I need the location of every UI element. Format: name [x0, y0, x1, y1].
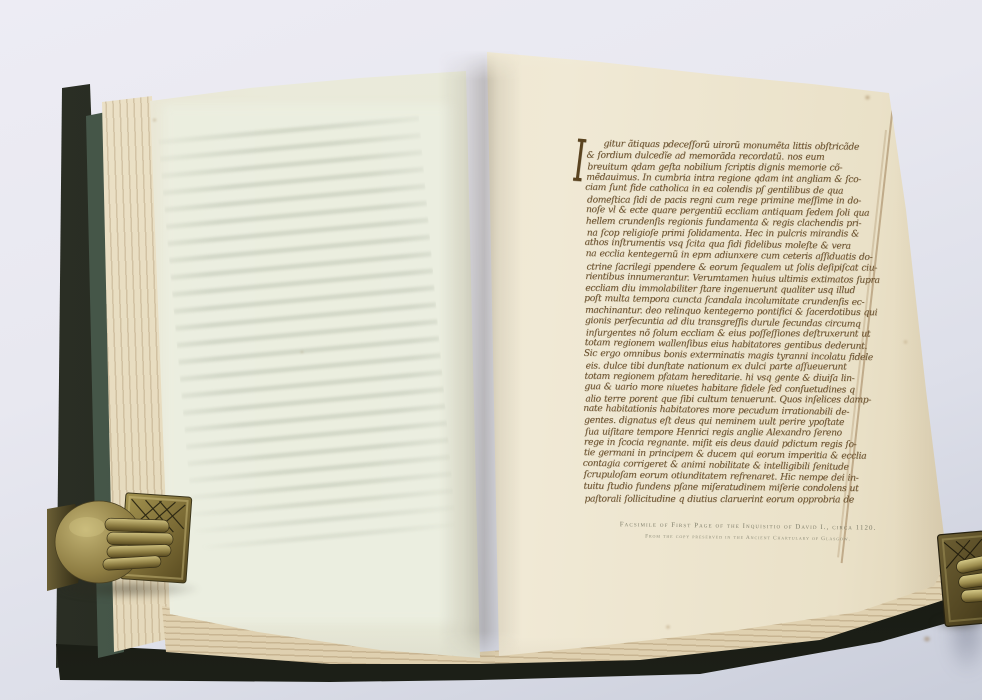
foxing-spot	[152, 118, 157, 122]
brass-hand-right-graphic	[925, 525, 982, 635]
gutter-shadow	[438, 50, 522, 662]
foxing-spot	[922, 636, 932, 642]
foxing-spot	[903, 340, 908, 344]
brass-hand-left-graphic	[47, 489, 202, 599]
foxing-spot	[665, 625, 671, 629]
manuscript-text: gitur ãtiquas pdeceſſorũ uirorũ monumẽta…	[583, 140, 886, 507]
foxing-spot	[864, 95, 871, 100]
manuscript-line: paſtorali ſollicitudine q diutius clarue…	[584, 494, 884, 506]
manuscript-initial: I	[573, 132, 586, 191]
brass-hand-weight-left	[47, 489, 202, 599]
manuscript-facsimile: I gitur ãtiquas pdeceſſorũ uirorũ monumẽ…	[583, 140, 886, 507]
manuscript-line: ſua uiſitare tempore Henrici regis angli…	[585, 428, 885, 440]
manuscript-line: breuitum qdam geſta nobilium ſcriptis di…	[587, 163, 887, 175]
brass-hand-weight-right	[925, 525, 982, 635]
foxing-spot	[300, 350, 304, 354]
photo-scene: I gitur ãtiquas pdeceſſorũ uirorũ monumẽ…	[0, 0, 982, 700]
manuscript-line: eis. dulce tibi dunſtate nationum ex dul…	[586, 361, 886, 373]
